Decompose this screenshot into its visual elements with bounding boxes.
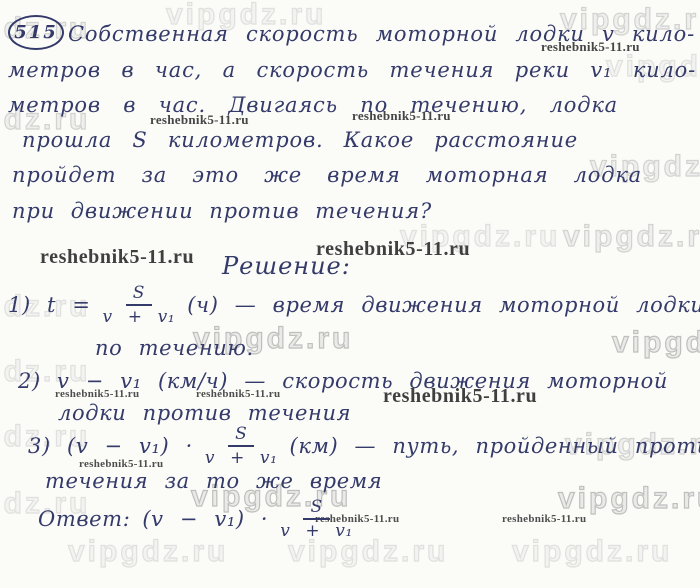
solution-step-1: 1) t = S v + v₁ (ч) — время движения мот…: [8, 283, 700, 328]
answer-expression: (v − v₁) ·: [142, 507, 268, 531]
solution-title: Решение:: [222, 252, 351, 280]
step1-continuation: по течению.: [95, 333, 254, 363]
answer-fraction: S v + v₁: [280, 497, 353, 542]
vipgdz-watermark: vipgdz.ru: [558, 482, 700, 516]
step3-continuation: течения за то же время: [45, 466, 382, 496]
answer-label: Ответ:: [38, 507, 130, 531]
vipgdz-watermark: vipgdz.ru: [512, 535, 672, 569]
problem-line: метров в час, а скорость течения реки v₁…: [8, 55, 696, 85]
step1-fraction: S v + v₁: [103, 283, 176, 328]
step3-lhs: 3) (v − v₁) ·: [28, 434, 193, 458]
fraction-denominator: v + v₁: [280, 520, 353, 541]
step1-lhs: 1) t =: [8, 293, 91, 317]
fraction-denominator: v + v₁: [103, 306, 176, 327]
answer-line: Ответ: (v − v₁) · S v + v₁: [38, 497, 353, 542]
fraction-numerator: S: [303, 497, 329, 520]
problem-number: 515: [8, 15, 64, 50]
problem-line: Собственная скорость моторной лодки v ки…: [68, 19, 695, 49]
solution-step-3: 3) (v − v₁) · S v + v₁ (км) — путь, прой…: [28, 424, 700, 469]
step3-description: (км) — путь, пройденный против: [290, 434, 700, 458]
problem-line: при движении против течения?: [12, 196, 432, 226]
reshebnik-watermark: reshebnik5-11.ru: [40, 246, 194, 269]
reshebnik-watermark: reshebnik5-11.ru: [502, 513, 586, 525]
vipgdz-watermark: vipgdz.ru: [563, 220, 700, 254]
problem-line: прошла S километров. Какое расстояние: [22, 125, 578, 155]
problem-line: метров в час. Двигаясь по течению, лодка: [8, 90, 618, 120]
solution-step-2: 2) v − v₁ (км/ч) — скорость движения мот…: [18, 366, 668, 396]
fraction-numerator: S: [228, 424, 254, 447]
step1-description: (ч) — время движения моторной лодки: [187, 293, 700, 317]
step3-fraction: S v + v₁: [205, 424, 278, 469]
problem-line: пройдет за это же время моторная лодка: [12, 160, 642, 190]
vipgdz-watermark: vipgdz.ru: [612, 326, 700, 360]
scanned-homework-page: vipgdz.ru vipgdz.ru vipgdz.ru vipgdz.ru …: [0, 0, 700, 588]
fraction-numerator: S: [126, 283, 152, 306]
